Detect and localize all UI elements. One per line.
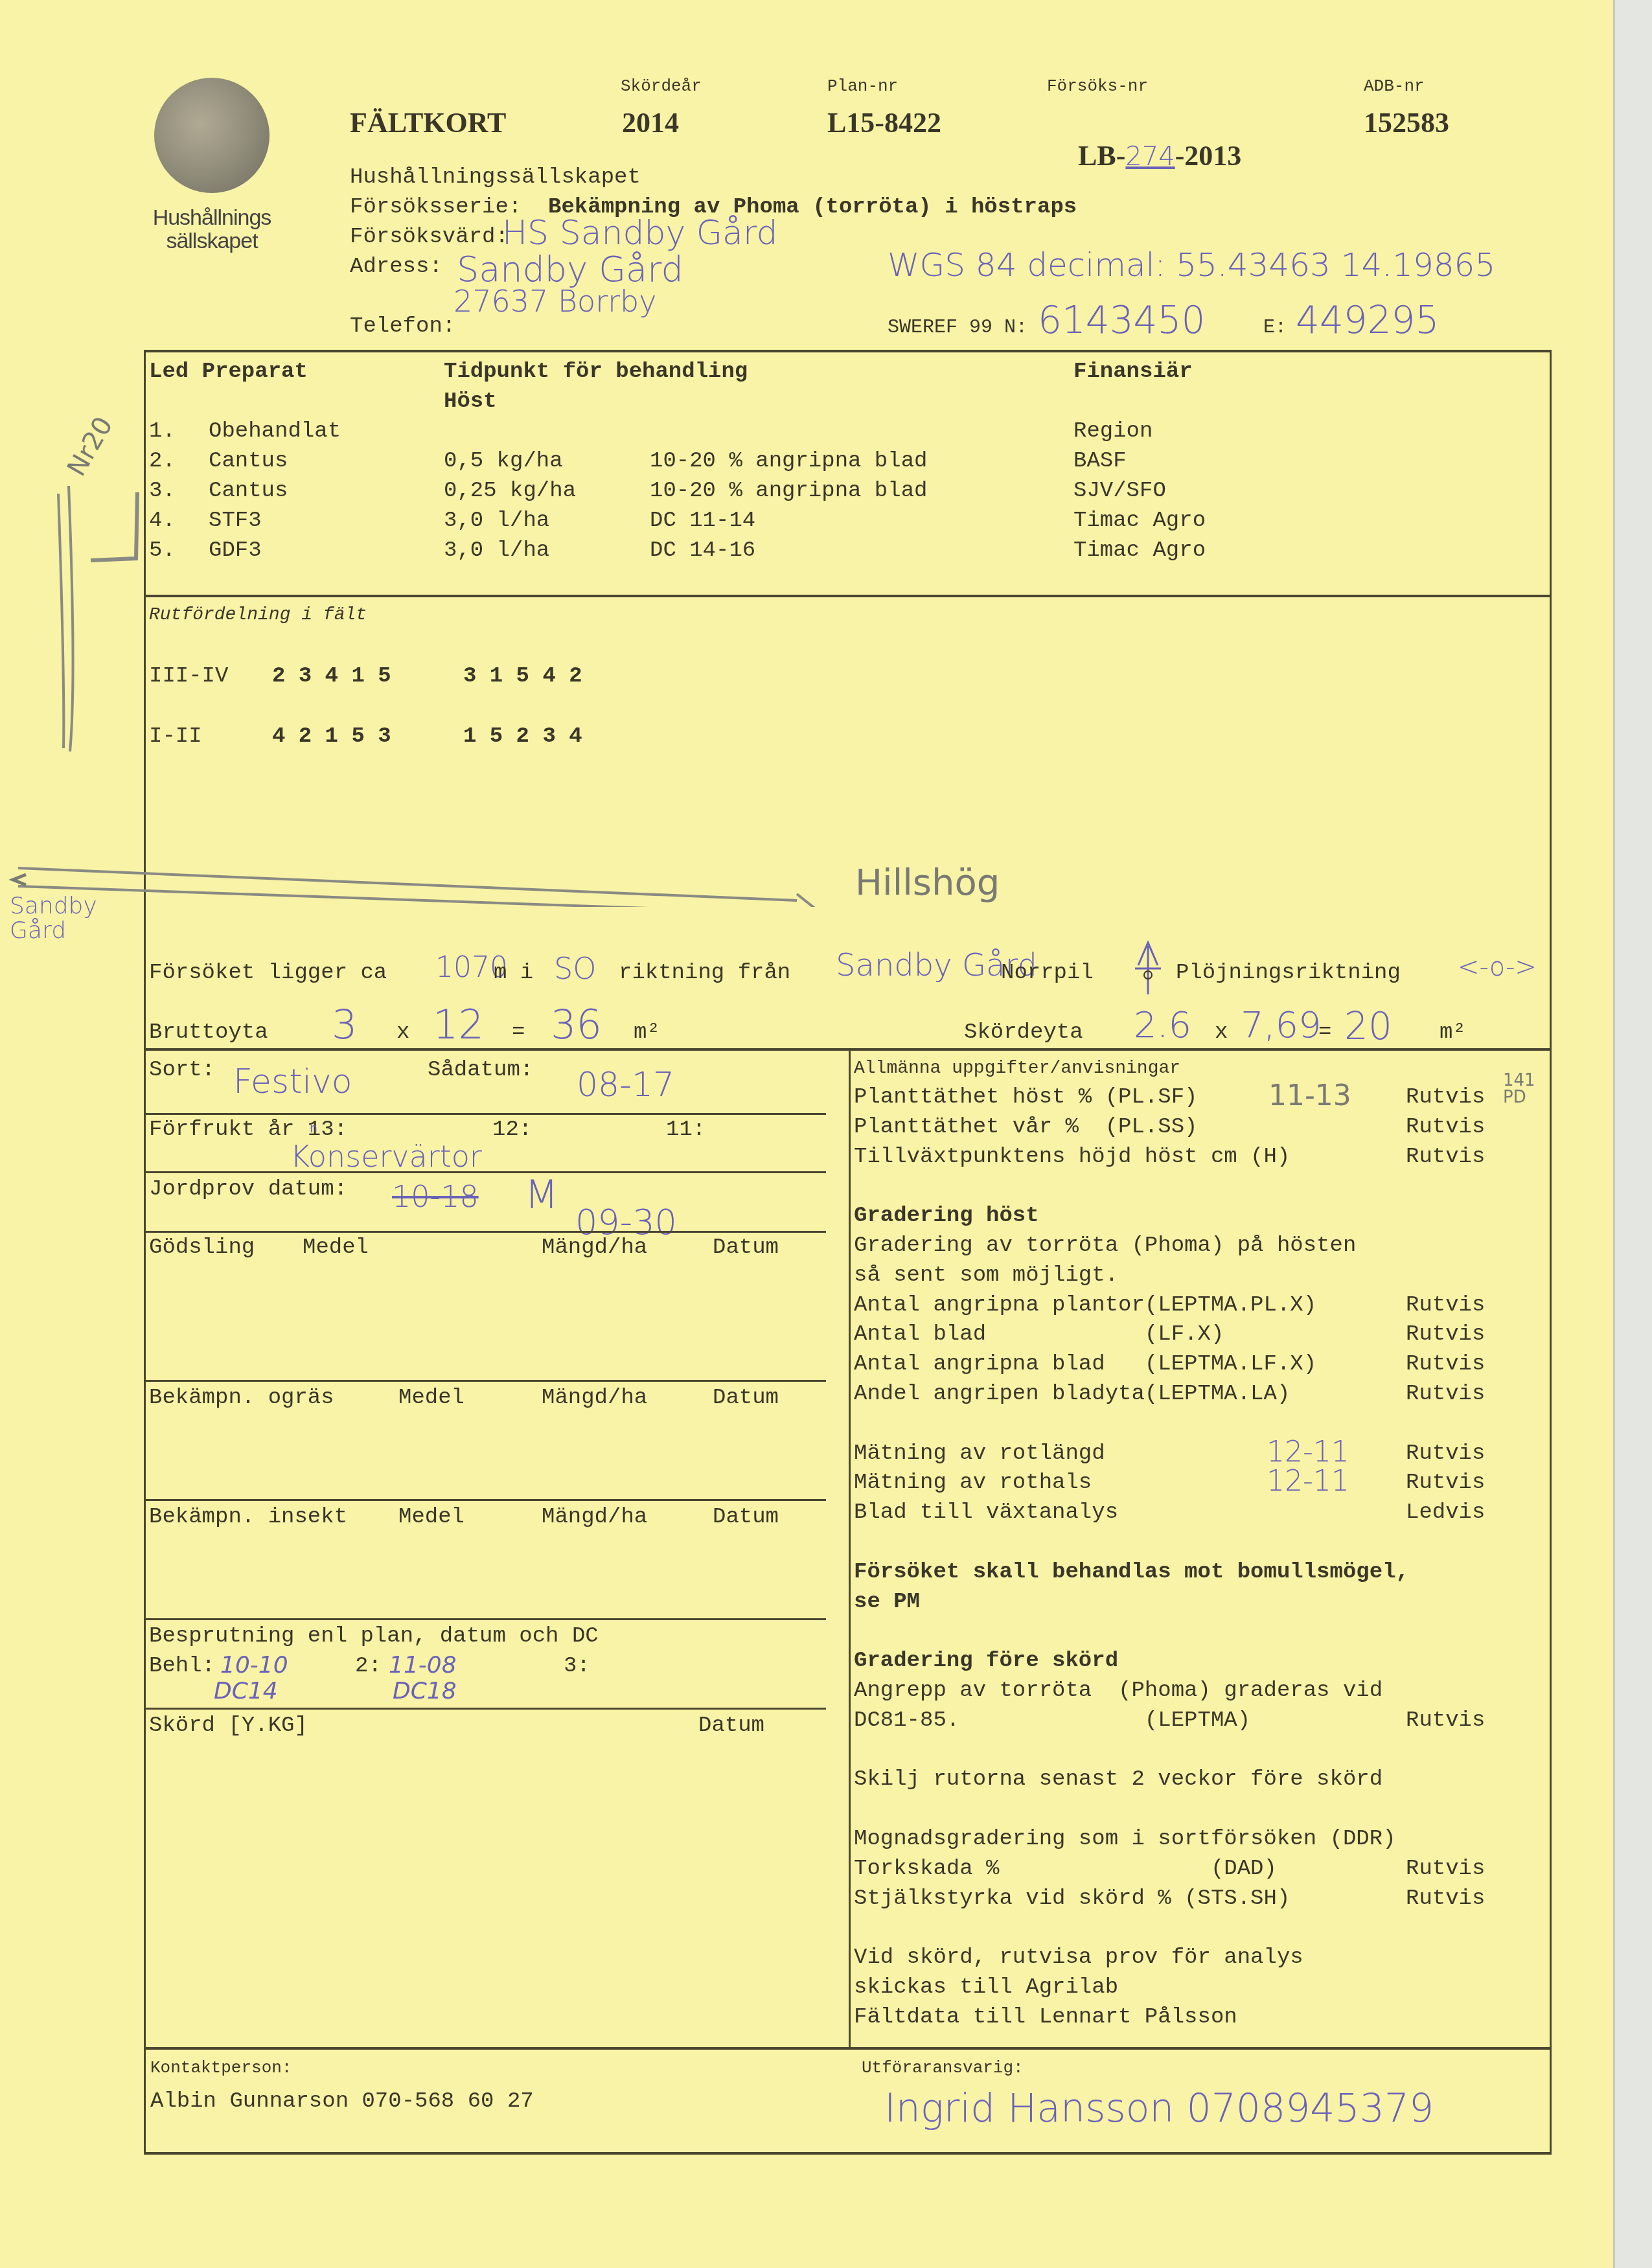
divider xyxy=(144,350,1551,352)
jordprov-label: Jordprov datum: xyxy=(149,1175,347,1204)
header-finansiar: Finansiär xyxy=(1073,358,1193,386)
wgs84-coordinates: WGS 84 decimal: 55.43463 14.19865 xyxy=(888,246,1495,284)
instruction-line: Antal blad (LF.X) xyxy=(854,1320,1224,1349)
kontakt-value: Albin Gunnarson 070-568 60 27 xyxy=(150,2087,534,2116)
utforare-label: Utföraransvarig: xyxy=(862,2054,1024,2082)
insekt-label: Bekämpn. insekt xyxy=(149,1503,347,1531)
location-direction: SO xyxy=(554,951,596,986)
instruction-heading: Gradering höst xyxy=(854,1202,1039,1230)
forsoksvard-label: Försöksvärd: xyxy=(350,223,509,251)
instruction-line: Angrepp av torröta (Phoma) graderas vid xyxy=(854,1677,1382,1705)
skord-total: 20 xyxy=(1344,1004,1392,1048)
adress-line2: 27637 Borrby xyxy=(453,284,656,319)
beh2-value: 11-08 xyxy=(389,1652,457,1678)
instruction-line: Skilj rutorna senast 2 veckor före skörd xyxy=(854,1765,1382,1794)
sweref-e-value: 449295 xyxy=(1296,298,1439,342)
header-tidpunkt: Tidpunkt för behandling xyxy=(444,358,748,386)
sort-label: Sort: xyxy=(149,1056,215,1084)
instruction-line: Gradering av torröta (Phoma) på hösten xyxy=(854,1231,1356,1260)
instruction-date-note: 12-11 xyxy=(1267,1465,1349,1498)
forsoks-nr-handwritten: 274 xyxy=(1125,142,1175,172)
instruction-mode: Rutvis xyxy=(1406,1469,1485,1497)
plowing-direction-icon: <-o-> xyxy=(1458,952,1537,982)
skordear-label: Skördeår xyxy=(621,76,702,96)
instruction-mode: Rutvis xyxy=(1406,1113,1485,1141)
plojning-label: Plöjningsriktning xyxy=(1176,959,1401,987)
page-title: FÄLTKORT xyxy=(350,106,506,139)
instruction-mode: Rutvis xyxy=(1406,1083,1485,1112)
instruction-line: Blad till växtanalys xyxy=(854,1498,1118,1527)
instruction-mode: Rutvis xyxy=(1406,1320,1485,1349)
instruction-line: skickas till Agrilab xyxy=(854,1973,1118,2002)
instruction-line: Planttäthet höst % (PL.SF) xyxy=(854,1083,1198,1112)
utforare-value: Ingrid Hansson 0708945379 xyxy=(884,2086,1434,2131)
divider xyxy=(146,1499,826,1501)
divider xyxy=(146,1618,826,1620)
instruction-heading: se PM xyxy=(854,1588,920,1616)
sketch-right-place: Hillshög xyxy=(855,862,1000,904)
brutto-label: Bruttoyta xyxy=(149,1018,268,1047)
instruction-line: Vid skörd, rutvisa prov för analys xyxy=(854,1943,1303,1972)
divider xyxy=(146,1113,826,1115)
adb-nr-value: 152583 xyxy=(1364,106,1449,139)
field-card-page: Hushållnings sällskapet Skördeår Plan-nr… xyxy=(0,0,1613,2268)
divider xyxy=(1550,350,1552,2007)
instruction-line: Mognadsgradering som i sortförsöken (DDR… xyxy=(854,1825,1396,1853)
instruction-heading: Försöket skall behandlas mot bomullsmöge… xyxy=(854,1558,1409,1586)
instruction-line: Antal angripna plantor(LEPTMA.PL.X) xyxy=(854,1291,1316,1320)
header-led-preparat: Led Preparat xyxy=(149,358,308,386)
skord-yield-datum: Datum xyxy=(698,1712,764,1740)
location-riktning: riktning från xyxy=(619,959,790,987)
divider xyxy=(1550,2006,1552,2155)
forfrukt-12-label: 12: xyxy=(492,1116,532,1144)
kontakt-label: Kontaktperson: xyxy=(150,2054,292,2082)
instruction-line: Tillväxtpunktens höjd höst cm (H) xyxy=(854,1143,1290,1171)
sort-value: Festivo xyxy=(233,1062,352,1101)
location-prefix: Försöket ligger ca xyxy=(149,959,387,987)
sketch-left-place: Sandby Gård xyxy=(10,894,75,943)
hushallningssallskapet-logo-icon xyxy=(154,78,270,193)
instruction-mode: Rutvis xyxy=(1406,1350,1485,1379)
forsoksvard-value: HS Sandby Gård xyxy=(502,214,777,253)
north-arrow-icon xyxy=(1129,939,1167,998)
ogras-label: Bekämpn. ogräs xyxy=(149,1384,334,1412)
divider xyxy=(849,1049,851,2047)
norrpil-label: Norrpil xyxy=(1001,959,1094,987)
divider xyxy=(146,1708,826,1710)
divider xyxy=(146,1231,826,1233)
instruction-line: Antal angripna blad (LEPTMA.LF.X) xyxy=(854,1350,1316,1379)
jordprov-initial: M xyxy=(525,1173,558,1218)
divider xyxy=(146,1380,826,1382)
instruction-line: Mätning av rothals xyxy=(854,1469,1092,1497)
forsoks-nr-value: LB-274-2013 xyxy=(1050,106,1241,205)
forfrukt-11-label: 11: xyxy=(666,1116,706,1144)
right-panel-title: Allmänna uppgifter/anvisningar xyxy=(854,1055,1180,1083)
margin-note: 141 PD xyxy=(1503,1072,1535,1106)
organization: Hushållningssällskapet xyxy=(350,163,641,192)
besprutning-label: Besprutning enl plan, datum och DC xyxy=(149,1622,599,1651)
divider xyxy=(146,1171,826,1173)
skord-length: 7,69 xyxy=(1241,1004,1322,1046)
skord-width: 2.6 xyxy=(1134,1004,1191,1046)
header-host: Höst xyxy=(444,387,497,416)
instruction-mode: Rutvis xyxy=(1406,1439,1485,1468)
beh3-label: 3: xyxy=(564,1652,590,1680)
plan-nr-value: L15-8422 xyxy=(827,106,941,139)
adress-label: Adress: xyxy=(350,253,442,281)
forfrukt-13-value: Konservärtor xyxy=(290,1139,482,1174)
forsoks-nr-label: Försöks-nr xyxy=(1047,76,1148,96)
instruction-line: Mätning av rotlängd xyxy=(854,1439,1105,1468)
divider xyxy=(144,1048,1551,1051)
location-m-i: m i xyxy=(494,959,533,987)
beh2-label: 2: xyxy=(355,1652,382,1680)
sweref-label: SWEREF 99 N: xyxy=(888,314,1027,342)
treatment-financier: Timac Agro xyxy=(1073,536,1206,565)
treatment-financier: Region xyxy=(1073,417,1153,446)
instruction-line: Fältdata till Lennart Pålsson xyxy=(854,2003,1237,2032)
treatment-financier: BASF xyxy=(1073,447,1127,475)
plan-nr-label: Plan-nr xyxy=(827,76,898,96)
instruction-mode: Rutvis xyxy=(1406,1291,1485,1320)
instruction-mode: Rutvis xyxy=(1406,1706,1485,1735)
sadatum-label: Sådatum: xyxy=(428,1056,533,1084)
godsling-label: Gödsling xyxy=(149,1233,255,1262)
skord-label: Skördeyta xyxy=(964,1018,1083,1047)
brutto-length: 12 xyxy=(433,1001,484,1048)
beh1-label: Behl: xyxy=(149,1652,215,1680)
jordprov-struck-value: 10-18 xyxy=(392,1179,479,1214)
divider xyxy=(144,2006,146,2155)
beh1-dc: DC14 xyxy=(214,1678,278,1704)
adb-nr-label: ADB-nr xyxy=(1364,76,1425,96)
treatment-financier: Timac Agro xyxy=(1073,507,1206,535)
sweref-n-value: 6143450 xyxy=(1038,298,1205,342)
field-sketch-icon xyxy=(0,421,842,907)
instruction-line: så sent som möjligt. xyxy=(854,1261,1118,1290)
instruction-mode: Rutvis xyxy=(1406,1143,1485,1171)
instruction-mode: Rutvis xyxy=(1406,1380,1485,1408)
logo-text: Hushållnings sällskapet xyxy=(144,206,280,253)
instruction-line: Planttäthet vår % (PL.SS) xyxy=(854,1113,1198,1141)
instruction-date-note: 12-11 xyxy=(1267,1436,1349,1469)
instruction-line: Andel angripen bladyta(LEPTMA.LA) xyxy=(854,1380,1290,1408)
telefon-label: Telefon: xyxy=(350,312,455,341)
instruction-mode: Ledvis xyxy=(1406,1498,1485,1527)
brutto-width: 3 xyxy=(332,1001,357,1048)
instruction-mode: Rutvis xyxy=(1406,1855,1485,1883)
beh1-value: 10-10 xyxy=(220,1652,288,1678)
divider xyxy=(144,2152,1551,2155)
instruction-line: Stjälkstyrka vid skörd % (STS.SH) xyxy=(854,1884,1290,1913)
beh2-dc: DC18 xyxy=(393,1678,457,1704)
instruction-heading: Gradering före skörd xyxy=(854,1647,1118,1675)
treatment-financier: SJV/SFO xyxy=(1073,477,1166,505)
instruction-mode: Rutvis xyxy=(1406,1884,1485,1913)
scan-edge xyxy=(1613,0,1652,2268)
skord-yield-label: Skörd [Y.KG] xyxy=(149,1712,308,1740)
instruction-line: DC81-85. (LEPTMA) xyxy=(854,1706,1250,1735)
skordear-value: 2014 xyxy=(622,106,679,139)
brutto-total: 36 xyxy=(551,1001,602,1048)
instruction-date-note: 11-13 xyxy=(1268,1079,1351,1112)
sadatum-value: 08-17 xyxy=(577,1066,674,1105)
sweref-e-label: E: xyxy=(1263,314,1287,342)
instruction-line: Torkskada % (DAD) xyxy=(854,1855,1277,1883)
divider xyxy=(144,2047,1551,2050)
